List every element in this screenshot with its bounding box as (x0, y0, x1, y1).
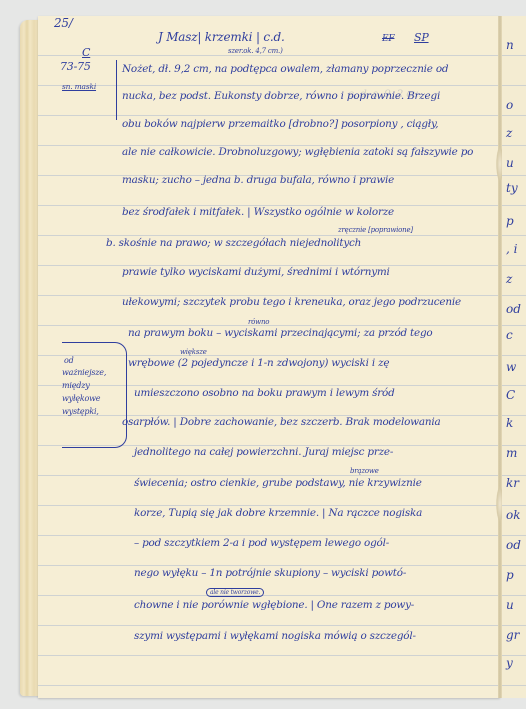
text-line-16: korze, Tupią się jak dobre krzemnie. | N… (134, 507, 422, 519)
interlinear-note-6: zręcznie [poprawione] (338, 226, 413, 234)
notebook-page: e, d, s, 9, 2 cu. 25/ J Masz| krzemki | … (38, 16, 500, 698)
strip-fragment: p (506, 214, 514, 228)
column-divider (116, 60, 117, 120)
text-line-15: świecenia; ostro cienkie, grube podstawy… (134, 477, 422, 489)
text-line-20: szymi występami i wyłękami nogiska mówią… (134, 630, 416, 642)
adjacent-page-strip: n o z u ty p , i z od c w C k m kr ok od… (502, 16, 526, 698)
strip-fragment: kr (506, 476, 519, 490)
text-line-8: prawie tylko wyciskami dużymi, średnimi … (122, 266, 390, 278)
text-line-11: wrębowe (2 pojedyncze i 1-n zdwojony) wy… (128, 357, 389, 369)
catalog-number-top: C (82, 46, 90, 59)
text-line-18: nego wyłęku – 1n potrójnie skupiony – wy… (134, 567, 406, 579)
strip-fragment: od (506, 302, 521, 316)
strip-fragment: p (506, 568, 514, 582)
catalog-label: sn. maski (62, 82, 96, 91)
margin-note-line-3: między (62, 381, 90, 390)
text-line-3: obu boków najpierw przemaitko [drobno?] … (122, 118, 438, 130)
text-line-4: ale nie całkowicie. Drobnoluzgowy; wgłęb… (122, 146, 473, 158)
text-line-17: – pod szczytkiem 2-a i pod występem lewe… (134, 537, 389, 549)
page-title: J Masz| krzemki | c.d. (158, 30, 285, 44)
strip-fragment: n (506, 38, 514, 52)
strip-fragment: C (506, 388, 515, 402)
margin-note-line-4: wyłękowe (62, 394, 100, 403)
interlinear-note-10: większe (180, 348, 207, 356)
dimension-annotation: szer.ok. 4,7 cm.) (228, 47, 283, 55)
strip-fragment: od (506, 538, 521, 552)
notebook: e, d, s, 9, 2 cu. 25/ J Masz| krzemki | … (20, 16, 526, 701)
strip-fragment: ty (506, 181, 518, 195)
text-line-7: b. skośnie na prawo; w szczegółach nieje… (106, 237, 361, 249)
strip-fragment: m (506, 446, 517, 460)
strip-fragment: y (506, 656, 513, 670)
strip-fragment: ok (506, 508, 521, 522)
strip-fragment: , i (506, 242, 517, 256)
margin-note-line-5: występki, (62, 407, 99, 416)
text-line-19: chowne i nie porównie wgłębione. | One r… (134, 599, 414, 611)
margin-note-line-2: ważniejsze, (62, 368, 106, 377)
text-line-14: jednolitego na całej powierzchni. Juraj … (134, 446, 393, 458)
text-line-5: masku; zucho – jedna b. druga bufala, ró… (122, 174, 394, 186)
text-line-9: ułekowymi; szczytek probu tego i kreneuk… (122, 296, 461, 308)
strip-fragment: o (506, 98, 513, 112)
text-line-2: nucka, bez podst. Eukonsty dobrze, równo… (122, 90, 440, 102)
interlinear-note-14: brązowe (350, 467, 379, 475)
strip-fragment: c (506, 328, 513, 342)
text-line-13: osarpłów. | Dobre zachowanie, bez szczer… (122, 416, 440, 428)
strip-fragment: z (506, 126, 512, 140)
top-right-mark: SP (414, 31, 429, 44)
strip-fragment: w (506, 360, 516, 374)
interlinear-note-9: równo (248, 318, 269, 326)
interlinear-note-18: ale nie tworzowe. (206, 588, 264, 597)
text-line-1: Nożet, dł. 9,2 cm, na podtępca owalem, z… (122, 63, 448, 75)
strip-fragment: z (506, 272, 512, 286)
text-line-10: na prawym boku – wyciskami przecinającym… (128, 327, 433, 339)
page-number: 25/ (54, 16, 73, 30)
margin-note-line-1: od (64, 356, 74, 365)
text-line-6: bez środfałek i mitfałek. | Wszystko ogó… (122, 206, 394, 218)
strip-fragment: u (506, 598, 514, 612)
strip-fragment: k (506, 416, 513, 430)
struck-mark: EF (382, 34, 394, 44)
catalog-number: 73-75 (60, 60, 91, 73)
text-line-12: umieszczono osobno na boku prawym i lewy… (134, 387, 395, 399)
strip-fragment: gr (506, 628, 519, 642)
strip-fragment: u (506, 156, 514, 170)
